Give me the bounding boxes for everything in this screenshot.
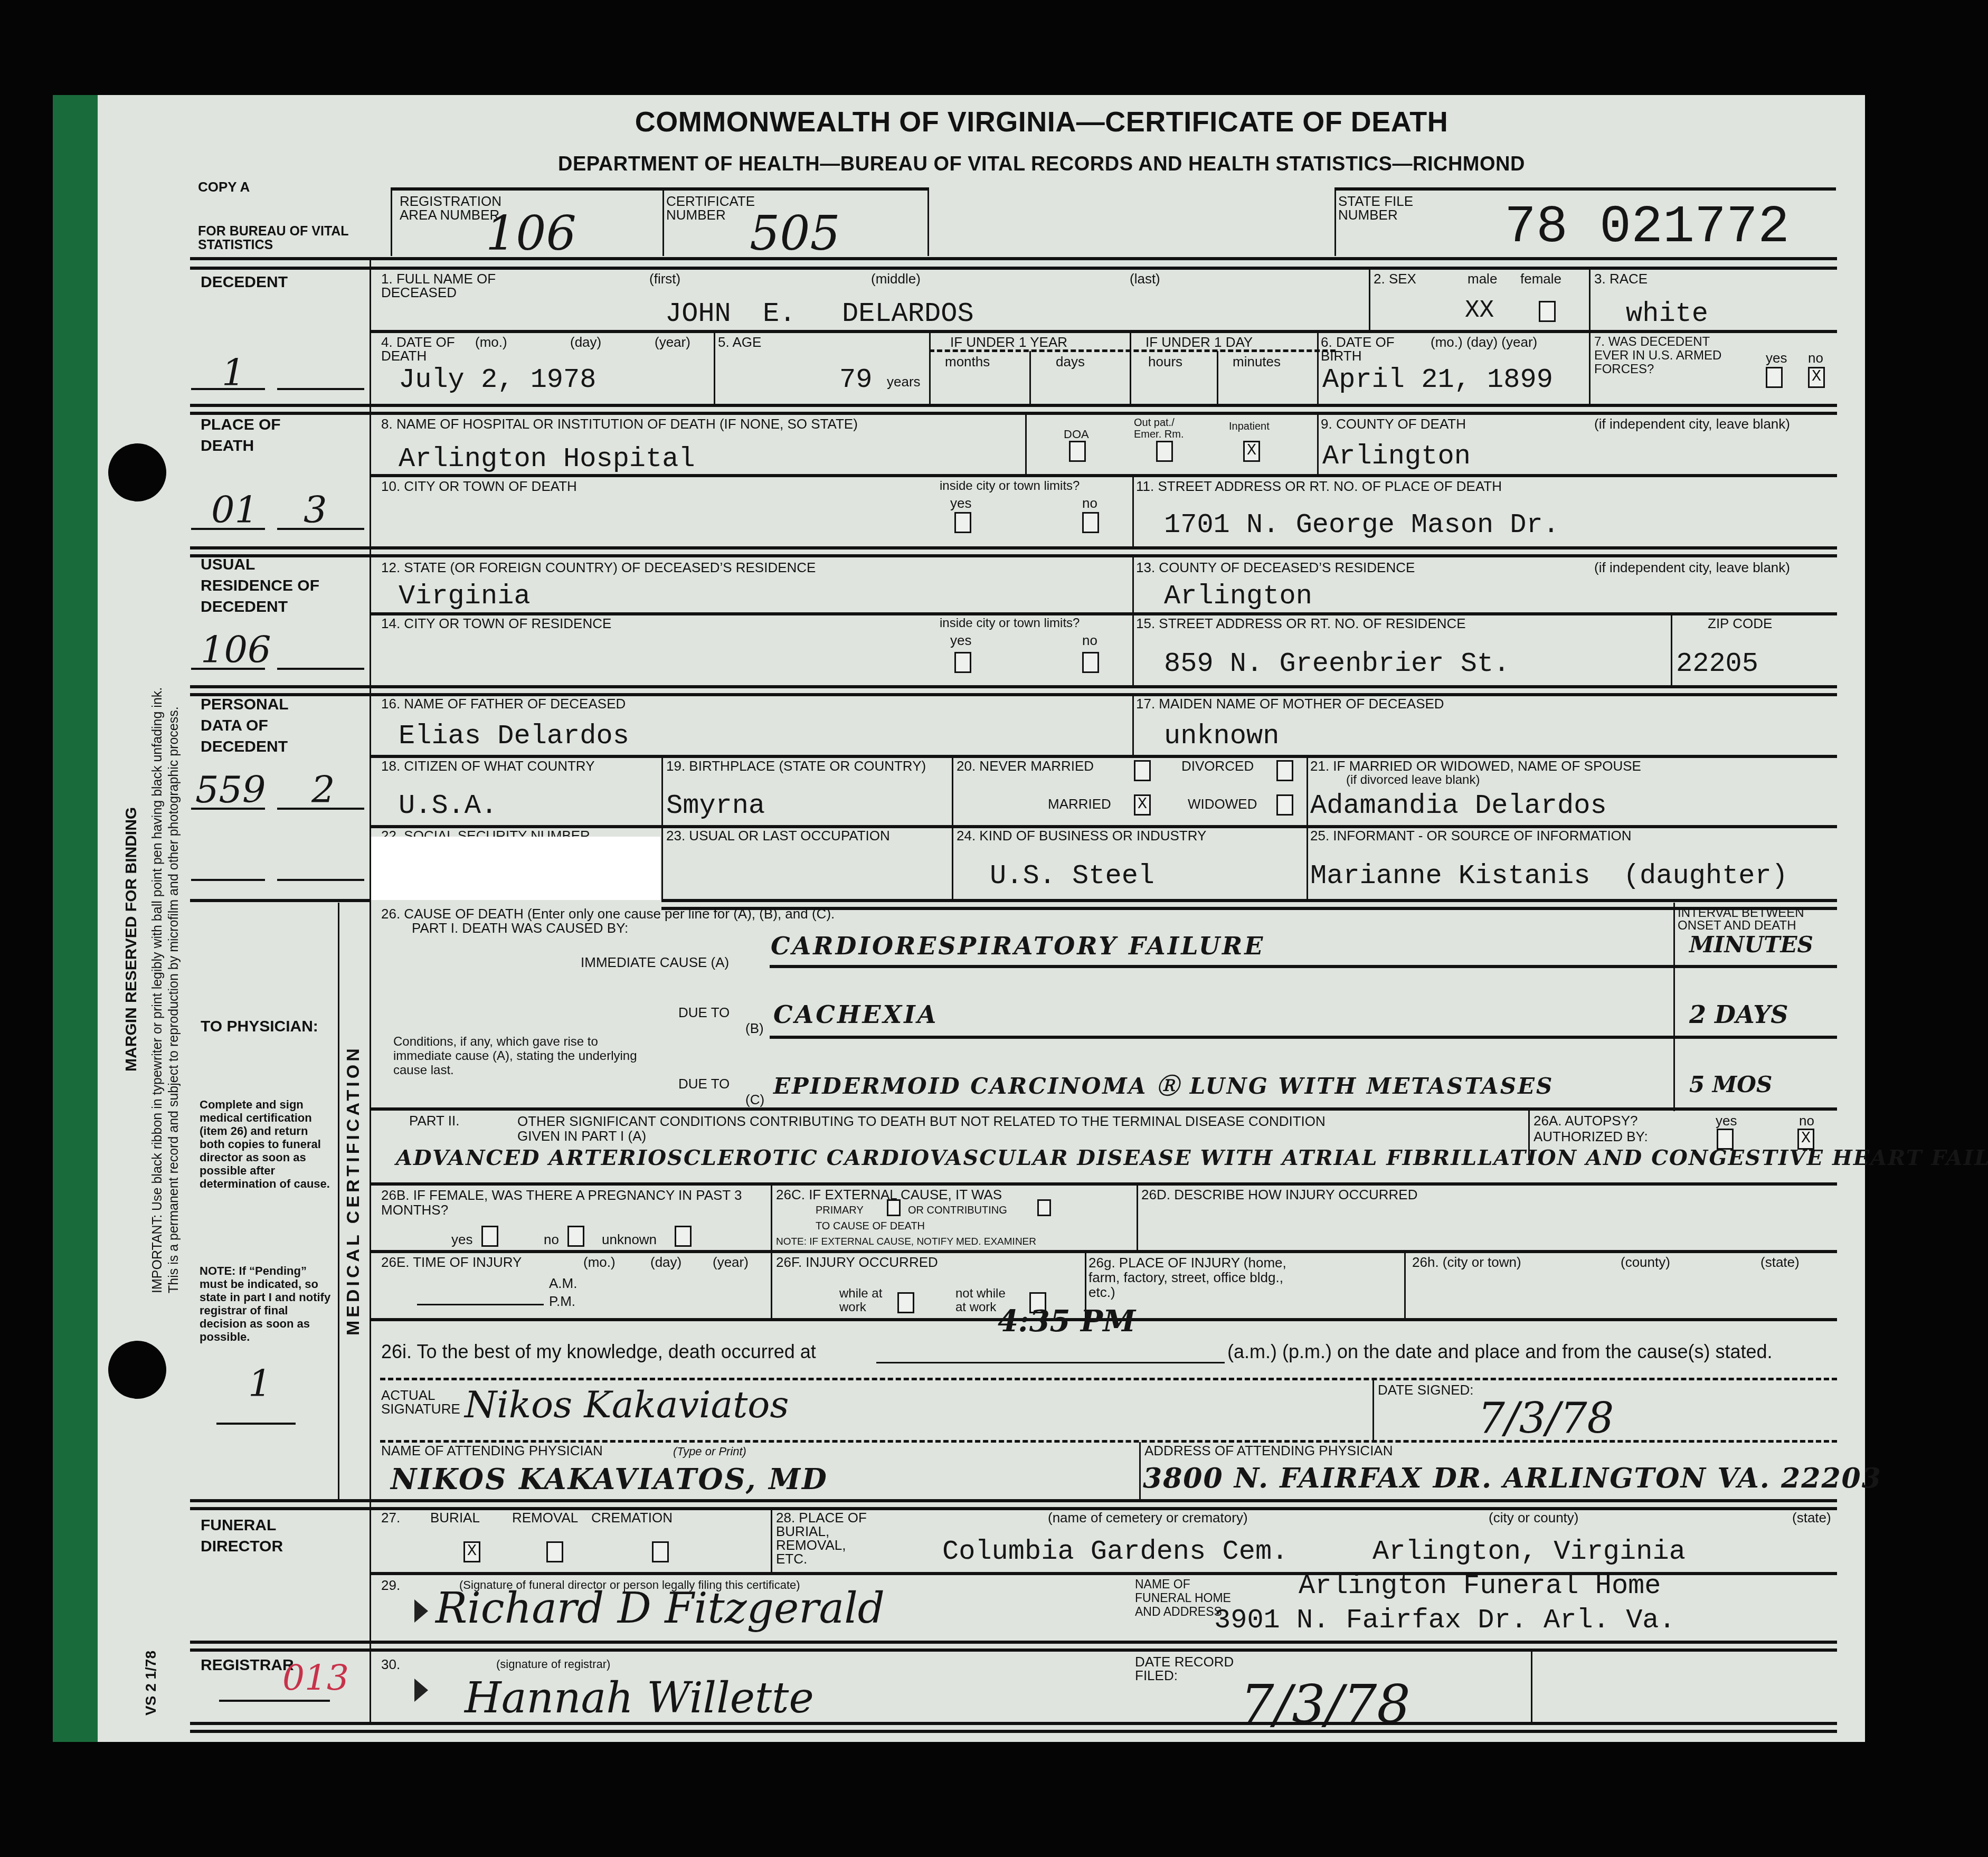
f25-label: 25. INFORMANT - OR SOURCE OF INFORMATION xyxy=(1310,829,1632,842)
sign-here-arrow-icon xyxy=(414,1599,428,1623)
pm-label: P.M. xyxy=(549,1294,575,1308)
pregnancy-unknown-checkbox[interactable] xyxy=(675,1226,692,1247)
punch-hole-icon xyxy=(108,443,166,501)
date-filed-label: DATE RECORD FILED: xyxy=(1135,1655,1256,1682)
informant: Marianne Kistanis (daughter) xyxy=(1310,860,1788,892)
mother-maiden-name: unknown xyxy=(1164,721,1279,752)
inpatient-checkbox[interactable]: X xyxy=(1243,441,1260,462)
physician-address: 3800 N. FAIRFAX DR. ARLINGTON VA. 22203 xyxy=(1143,1462,1882,1494)
due-to-c-label: DUE TO xyxy=(678,1077,730,1091)
state-file-label: STATE FILE NUMBER xyxy=(1338,194,1444,222)
physician-name: NIKOS KAKAVIATOS, MD xyxy=(391,1462,828,1496)
county-of-death: Arlington xyxy=(1322,441,1471,472)
signature-label: ACTUAL SIGNATURE xyxy=(381,1388,444,1416)
pregnancy-yes-checkbox[interactable] xyxy=(481,1226,498,1247)
sex-female-checkbox[interactable] xyxy=(1539,301,1556,322)
punch-hole-icon xyxy=(108,1341,166,1399)
never-married-label: 20. NEVER MARRIED xyxy=(957,759,1094,773)
f21-note: (if divorced leave blank) xyxy=(1346,773,1480,787)
section-to-physician: TO PHYSICIAN: xyxy=(201,1016,327,1037)
date-of-death: July 2, 1978 xyxy=(399,364,596,395)
f6-sub: (mo.) (day) (year) xyxy=(1431,335,1537,349)
age-unit: years xyxy=(887,375,921,389)
burial-checkbox[interactable]: X xyxy=(463,1541,480,1562)
inpatient-label: Inpatient xyxy=(1229,420,1270,433)
decedent-last-name: DELARDOS xyxy=(842,298,974,329)
primary-label: PRIMARY xyxy=(816,1204,864,1217)
f5-label: 5. AGE xyxy=(718,335,761,349)
time-of-death: 4:35 PM xyxy=(998,1304,1135,1339)
f3-label: 3. RACE xyxy=(1594,272,1648,286)
place-code-a: 01 xyxy=(211,488,258,532)
f26e-mo: (mo.) xyxy=(583,1255,616,1269)
birthplace: Smyrna xyxy=(666,790,765,821)
death-street-address: 1701 N. George Mason Dr. xyxy=(1164,509,1559,541)
doa-label: DOA xyxy=(1064,428,1089,441)
days-label: days xyxy=(1056,355,1085,368)
f16-label: 16. NAME OF FATHER OF DECEASED xyxy=(381,697,626,710)
widowed-label: WIDOWED xyxy=(1188,797,1257,811)
cause-c: EPIDERMOID CARCINOMA Ⓡ LUNG WITH METASTA… xyxy=(773,1069,1554,1101)
female-label: female xyxy=(1520,272,1561,286)
state-file-number: 78 021772 xyxy=(1504,198,1790,258)
pregnancy-no-checkbox[interactable] xyxy=(567,1226,584,1247)
removal-label: REMOVAL xyxy=(512,1511,578,1524)
f26e-day: (day) xyxy=(650,1255,681,1269)
zip-label: ZIP CODE xyxy=(1708,617,1772,630)
section-usual-residence: USUAL RESIDENCE OF DECEDENT xyxy=(201,554,333,618)
part2-label: PART II. xyxy=(409,1114,459,1128)
certificate-title: COMMONWEALTH OF VIRGINIA—CERTIFICATE OF … xyxy=(540,106,1448,138)
f1-label: 1. FULL NAME OF DECEASED xyxy=(381,272,539,299)
widowed-checkbox[interactable] xyxy=(1276,794,1293,816)
immediate-cause: CARDIORESPIRATORY FAILURE xyxy=(771,932,1265,960)
f7-yes-label: yes xyxy=(1766,351,1787,365)
autopsy-label: 26a. AUTOPSY? xyxy=(1533,1114,1638,1128)
f26h-state: (state) xyxy=(1760,1255,1800,1269)
certification-statement: 26i. To the best of my knowledge, death … xyxy=(381,1341,816,1363)
death-inside-limits-yes-checkbox[interactable] xyxy=(954,512,971,533)
f26f-label: 26f. INJURY OCCURRED xyxy=(776,1255,938,1269)
race-value: white xyxy=(1626,298,1708,329)
place-code-b: 3 xyxy=(304,488,327,532)
cause-b-interval: 2 DAYS xyxy=(1689,1000,1788,1029)
section-personal-data: PERSONAL DATA OF DECEDENT xyxy=(201,694,333,757)
cremation-checkbox[interactable] xyxy=(652,1541,669,1562)
part2-description: OTHER SIGNIFICANT CONDITIONS CONTRIBUTIN… xyxy=(517,1114,1341,1143)
autopsy-yes-checkbox[interactable] xyxy=(1717,1129,1734,1150)
married-label: MARRIED xyxy=(1048,797,1111,811)
physician-code: 1 xyxy=(248,1362,272,1405)
due-to-b-label: DUE TO xyxy=(678,1006,730,1019)
hours-label: hours xyxy=(1148,355,1182,368)
pending-note: NOTE: If “Pending” must be indicated, so… xyxy=(200,1264,332,1343)
hospital-name: Arlington Hospital xyxy=(399,443,695,475)
f12-label: 12. STATE (OR FOREIGN COUNTRY) OF DECEAS… xyxy=(381,561,816,574)
conditions-note: Conditions, if any, which gave rise to i… xyxy=(393,1035,657,1077)
f4-day: (day) xyxy=(570,335,601,349)
while-at-work-label: while at work xyxy=(839,1287,887,1314)
type-or-print-note: (Type or Print) xyxy=(673,1445,746,1458)
married-checkbox[interactable]: X xyxy=(1134,794,1151,816)
f24-label: 24. KIND OF BUSINESS OR INDUSTRY xyxy=(957,829,1206,842)
f4-year: (year) xyxy=(655,335,690,349)
business-industry: U.S. Steel xyxy=(990,860,1154,892)
state-note: (state) xyxy=(1792,1511,1831,1524)
burial-city: Arlington, Virginia xyxy=(1372,1536,1686,1567)
death-inside-limits-no-checkbox[interactable] xyxy=(1082,512,1099,533)
f29-label: 29. xyxy=(381,1578,400,1592)
residence-inside-limits-no-checkbox[interactable] xyxy=(1082,652,1099,673)
f13-label: 13. COUNTY OF DECEASED’S RESIDENCE xyxy=(1136,561,1415,574)
part1-label: PART I. DEATH WAS CAUSED BY: xyxy=(412,921,628,935)
copy-label: COPY A xyxy=(198,179,250,194)
divorced-label: DIVORCED xyxy=(1181,759,1254,773)
f13-note: (if independent city, leave blank) xyxy=(1594,561,1790,574)
certification-suffix: (a.m.) (p.m.) on the date and place and … xyxy=(1227,1341,1773,1363)
f9-note: (if independent city, leave blank) xyxy=(1594,417,1790,431)
contributing-label: or CONTRIBUTING xyxy=(908,1204,1007,1217)
f7-label: 7. WAS DECEDENT EVER IN U.S. ARMED FORCE… xyxy=(1594,335,1726,376)
contributing-checkbox[interactable] xyxy=(1037,1199,1051,1216)
section-registrar: REGISTRAR xyxy=(201,1655,294,1676)
residence-code: 106 xyxy=(201,628,271,671)
cause-b: CACHEXIA xyxy=(773,1000,938,1029)
under-day-label: IF UNDER 1 DAY xyxy=(1146,335,1253,349)
sex-male-mark[interactable]: XX xyxy=(1465,297,1494,324)
f26h-county: (county) xyxy=(1621,1255,1670,1269)
months-label: months xyxy=(945,355,990,368)
immediate-interval: MINUTES xyxy=(1689,932,1813,958)
f10-limits-label: inside city or town limits? xyxy=(940,479,1080,493)
physician-instructions: Complete and sign medical certification … xyxy=(200,1098,332,1190)
f2-label: 2. SEX xyxy=(1374,272,1416,286)
f26g-label: 26g. PLACE OF INJURY (home, farm, factor… xyxy=(1088,1255,1289,1300)
immediate-cause-label: IMMEDIATE CAUSE (A) xyxy=(581,955,729,969)
sign-here-arrow-icon xyxy=(414,1679,428,1702)
city-county-note: (city or county) xyxy=(1489,1511,1579,1524)
cemetery-note: (name of cemetery or crematory) xyxy=(1048,1511,1248,1524)
decedent-middle-name: E. xyxy=(763,298,796,329)
armed-forces-no-checkbox[interactable]: X xyxy=(1808,367,1825,388)
f10-no-label: no xyxy=(1082,496,1097,510)
medical-certification-label: MEDICAL CERTIFICATION xyxy=(343,1045,364,1335)
pregnancy-no-label: no xyxy=(544,1233,559,1246)
f30-label: 30. xyxy=(381,1657,400,1671)
residence-zip: 22205 xyxy=(1676,648,1758,679)
residence-state: Virginia xyxy=(399,581,531,612)
f8-label: 8. NAME OF HOSPITAL OR INSTITUTION OF DE… xyxy=(381,417,858,431)
cremation-label: CREMATION xyxy=(591,1511,673,1524)
f26d-label: 26d. DESCRIBE HOW INJURY OCCURRED xyxy=(1141,1188,1417,1201)
external-note: NOTE: IF EXTERNAL CAUSE, NOTIFY MED. EXA… xyxy=(776,1235,1036,1249)
residence-street: 859 N. Greenbrier St. xyxy=(1164,648,1510,679)
f14-label: 14. CITY OR TOWN OF RESIDENCE xyxy=(381,617,611,630)
date-filed: 7/3/78 xyxy=(1241,1673,1410,1735)
section-decedent: DECEDENT xyxy=(201,272,288,293)
funeral-home-address: 3901 N. Fairfax Dr. Arl. Va. xyxy=(1214,1605,1675,1636)
pregnancy-yes-label: yes xyxy=(451,1233,472,1246)
autopsy-no-checkbox[interactable]: X xyxy=(1797,1129,1814,1150)
to-cause-label: TO CAUSE OF DEATH xyxy=(816,1219,925,1233)
outpat-label: Out pat./ Emer. Rm. xyxy=(1134,417,1192,440)
never-married-checkbox[interactable] xyxy=(1134,760,1151,781)
f14-yes-label: yes xyxy=(950,633,971,647)
f4-mo: (mo.) xyxy=(475,335,507,349)
b-label: (B) xyxy=(745,1021,764,1035)
margin-note-1: IMPORTANT: Use black ribbon in typewrite… xyxy=(150,687,165,1293)
c-label: (C) xyxy=(745,1093,764,1106)
registrar-code: 013 xyxy=(282,1657,349,1698)
authorized-label: AUTHORIZED BY: xyxy=(1533,1130,1648,1143)
f18-label: 18. CITIZEN OF WHAT COUNTRY xyxy=(381,759,594,773)
burial-label: BURIAL xyxy=(430,1511,480,1524)
f30-note: (signature of registrar) xyxy=(496,1657,610,1671)
f7-no-label: no xyxy=(1808,351,1823,365)
date-signed-label: DATE SIGNED: xyxy=(1378,1383,1474,1397)
removal-checkbox[interactable] xyxy=(546,1541,563,1562)
middle-label: (middle) xyxy=(871,272,921,286)
interval-label: INTERVAL BETWEEN ONSET AND DEATH xyxy=(1678,907,1836,932)
burial-place: Columbia Gardens Cem. xyxy=(942,1536,1288,1567)
f19-label: 19. BIRTHPLACE (state or country) xyxy=(666,759,926,773)
margin-reserved-label: MARGIN RESERVED FOR BINDING xyxy=(122,807,140,1072)
minutes-label: minutes xyxy=(1233,355,1281,368)
outpatient-checkbox[interactable] xyxy=(1156,441,1173,462)
cause-label: 26. CAUSE OF DEATH (Enter only one cause… xyxy=(381,907,835,921)
form-code: VS 2 1/78 xyxy=(143,1651,159,1716)
am-label: A.M. xyxy=(549,1276,577,1290)
f10-label: 10. CITY OR TOWN OF DEATH xyxy=(381,479,577,493)
physician-address-label: ADDRESS OF ATTENDING PHYSICIAN xyxy=(1144,1444,1393,1457)
f26b-label: 26b. IF FEMALE, WAS THERE A PREGNANCY IN… xyxy=(381,1188,751,1217)
while-at-work-checkbox[interactable] xyxy=(897,1292,914,1313)
margin-note-2: This is a permanent record and subject t… xyxy=(166,706,182,1293)
physician-signature: Nikos Kakaviatos xyxy=(465,1383,789,1426)
decedent-first-name: JOHN xyxy=(665,298,731,329)
doa-checkbox[interactable] xyxy=(1069,441,1086,462)
f4-label: 4. DATE OF DEATH xyxy=(381,335,466,363)
f26h-label: 26h. (city or town) xyxy=(1412,1255,1521,1269)
autopsy-no-label: no xyxy=(1799,1114,1814,1128)
citizenship: U.S.A. xyxy=(399,790,497,821)
f11-label: 11. STREET ADDRESS OR RT. NO. OF PLACE O… xyxy=(1136,479,1502,493)
armed-forces-yes-checkbox[interactable] xyxy=(1766,367,1783,388)
last-label: (last) xyxy=(1130,272,1160,286)
date-of-birth: April 21, 1899 xyxy=(1322,364,1553,395)
f6-label: 6. DATE OF BIRTH xyxy=(1321,335,1421,363)
certificate-subtitle: DEPARTMENT OF HEALTH—BUREAU OF VITAL REC… xyxy=(463,153,1525,175)
section-funeral-director: FUNERAL DIRECTOR xyxy=(201,1515,333,1557)
funeral-home-name: Arlington Funeral Home xyxy=(1299,1570,1661,1602)
physician-name-label: NAME OF ATTENDING PHYSICIAN xyxy=(381,1444,603,1457)
under-year-label: IF UNDER 1 YEAR xyxy=(950,335,1067,349)
f15-label: 15. STREET ADDRESS OR RT. NO. OF RESIDEN… xyxy=(1136,617,1466,630)
primary-checkbox[interactable] xyxy=(887,1199,901,1216)
part2-conditions: ADVANCED ARTERIOSCLEROTIC CARDIOVASCULAR… xyxy=(396,1145,1988,1170)
male-label: male xyxy=(1468,272,1497,286)
f23-label: 23. USUAL OR LAST OCCUPATION xyxy=(666,829,890,842)
personal-code-a: 559 xyxy=(195,768,266,811)
f14-limits-label: inside city or town limits? xyxy=(940,617,1080,630)
certificate-number: 505 xyxy=(750,206,840,261)
section-place-of-death: PLACE OF DEATH xyxy=(201,414,333,457)
f28-label: 28. PLACE OF BURIAL, REMOVAL, ETC. xyxy=(776,1511,876,1566)
f26e-year: (year) xyxy=(713,1255,749,1269)
residence-county: Arlington xyxy=(1164,581,1312,612)
spouse-name: Adamandia Delardos xyxy=(1310,790,1607,821)
f9-label: 9. COUNTY OF DEATH xyxy=(1321,417,1466,431)
ssn-redaction xyxy=(371,837,660,900)
father-name: Elias Delardos xyxy=(399,721,629,752)
pregnancy-unknown-label: unknown xyxy=(602,1233,657,1246)
registrar-signature[interactable]: Hannah Willette xyxy=(465,1673,814,1722)
green-binding-stripe xyxy=(53,95,98,1742)
f27-label: 27. xyxy=(381,1511,400,1524)
f21-label: 21. IF MARRIED OR WIDOWED, NAME OF SPOUS… xyxy=(1310,759,1641,773)
first-label: (first) xyxy=(649,272,680,286)
f10-yes-label: yes xyxy=(950,496,971,510)
autopsy-yes-label: yes xyxy=(1716,1114,1737,1128)
registration-number: 106 xyxy=(486,206,576,261)
cause-c-interval: 5 MOS xyxy=(1689,1072,1772,1097)
date-signed: 7/3/78 xyxy=(1478,1394,1614,1443)
f17-label: 17. MAIDEN NAME OF MOTHER OF DECEASED xyxy=(1136,697,1444,710)
bureau-label: FOR BUREAU OF VITAL STATISTICS xyxy=(198,224,356,252)
f26e-label: 26e. TIME OF INJURY xyxy=(381,1255,522,1269)
personal-code-b: 2 xyxy=(311,768,335,811)
f14-no-label: no xyxy=(1082,633,1097,647)
funeral-director-signature[interactable]: Richard D Fitzgerald xyxy=(436,1584,885,1633)
divorced-checkbox[interactable] xyxy=(1276,760,1293,781)
age-value: 79 xyxy=(839,364,872,395)
residence-inside-limits-yes-checkbox[interactable] xyxy=(954,652,971,673)
